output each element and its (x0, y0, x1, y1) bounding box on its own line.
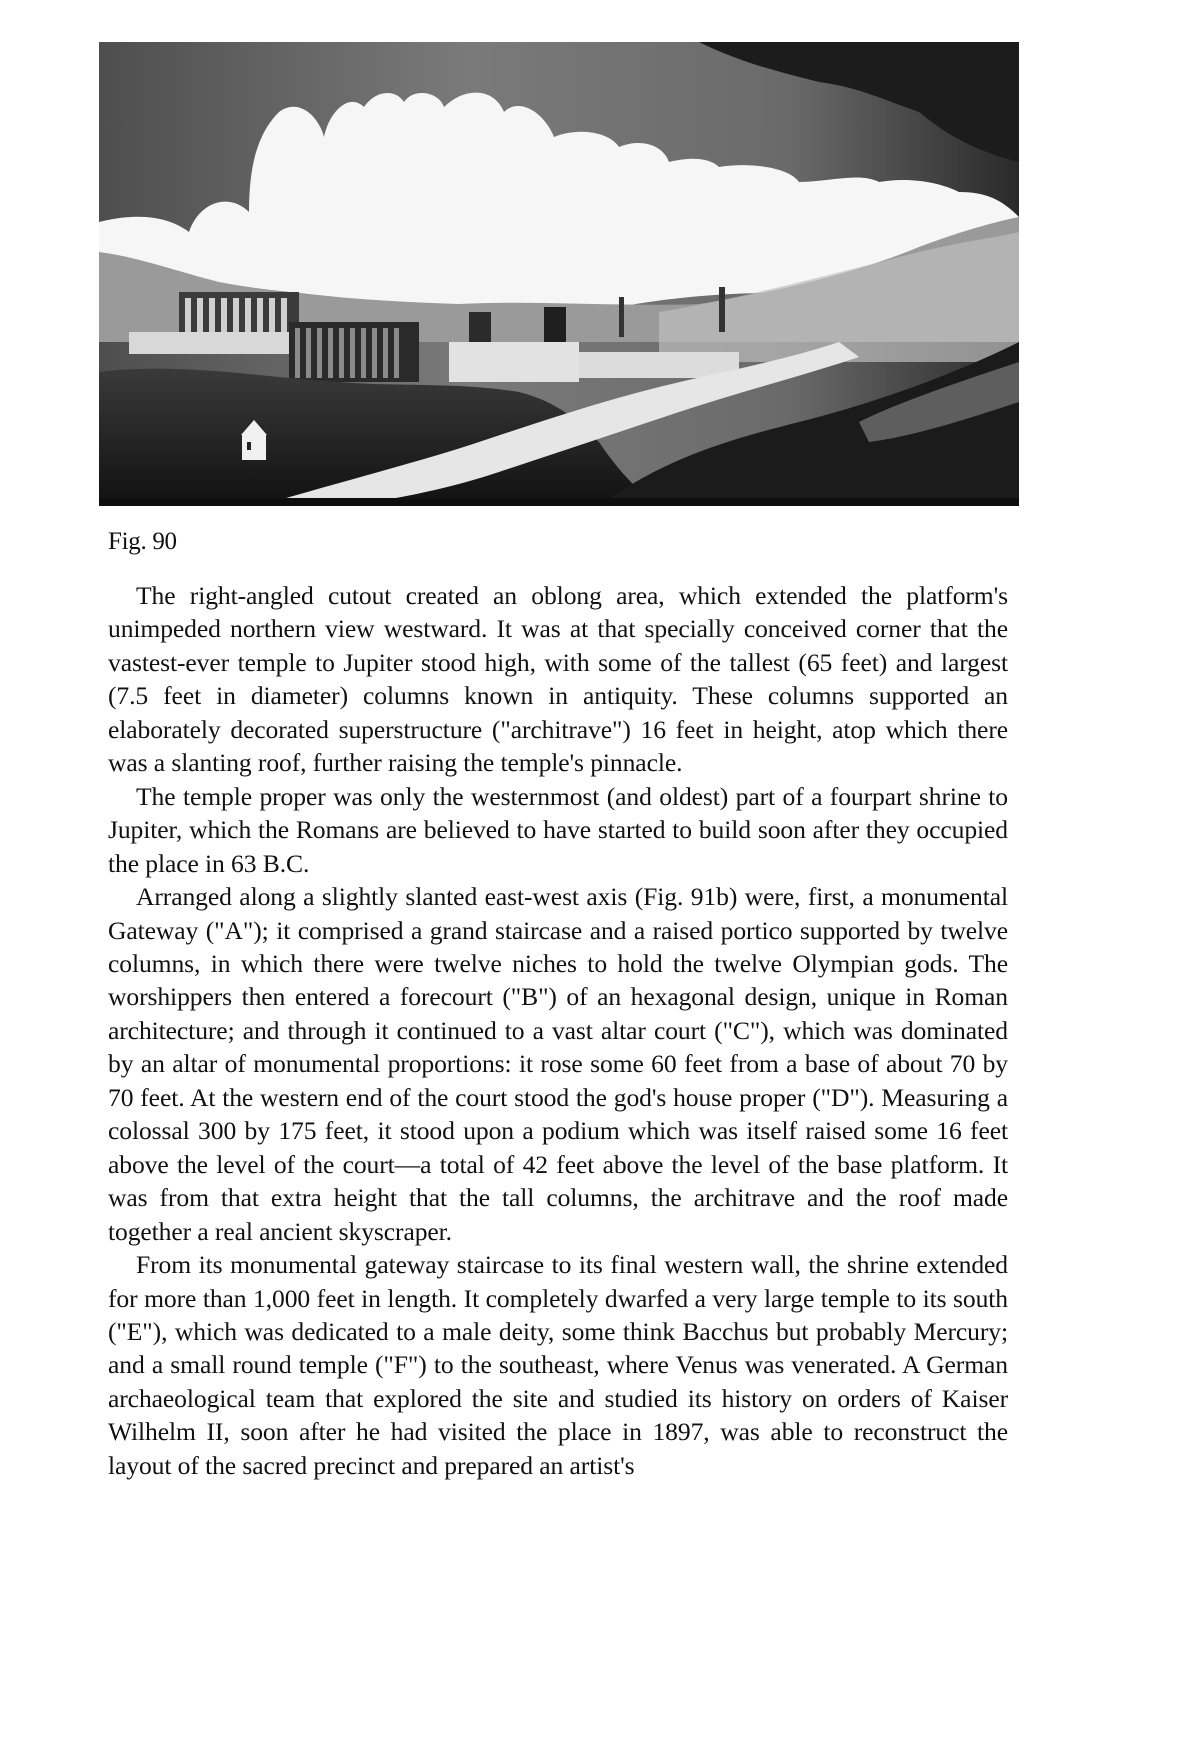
paragraph: The temple proper was only the westernmo… (108, 780, 1008, 880)
figure-engraving (99, 42, 1019, 506)
paragraph: From its monumental gateway staircase to… (108, 1248, 1008, 1482)
paragraph: Arranged along a slightly slanted east-w… (108, 880, 1008, 1248)
figure-caption: Fig. 90 (108, 527, 177, 557)
body-text: The right-angled cutout created an oblon… (108, 579, 1008, 1482)
landscape-illustration (99, 42, 1019, 506)
paragraph: The right-angled cutout created an oblon… (108, 579, 1008, 780)
